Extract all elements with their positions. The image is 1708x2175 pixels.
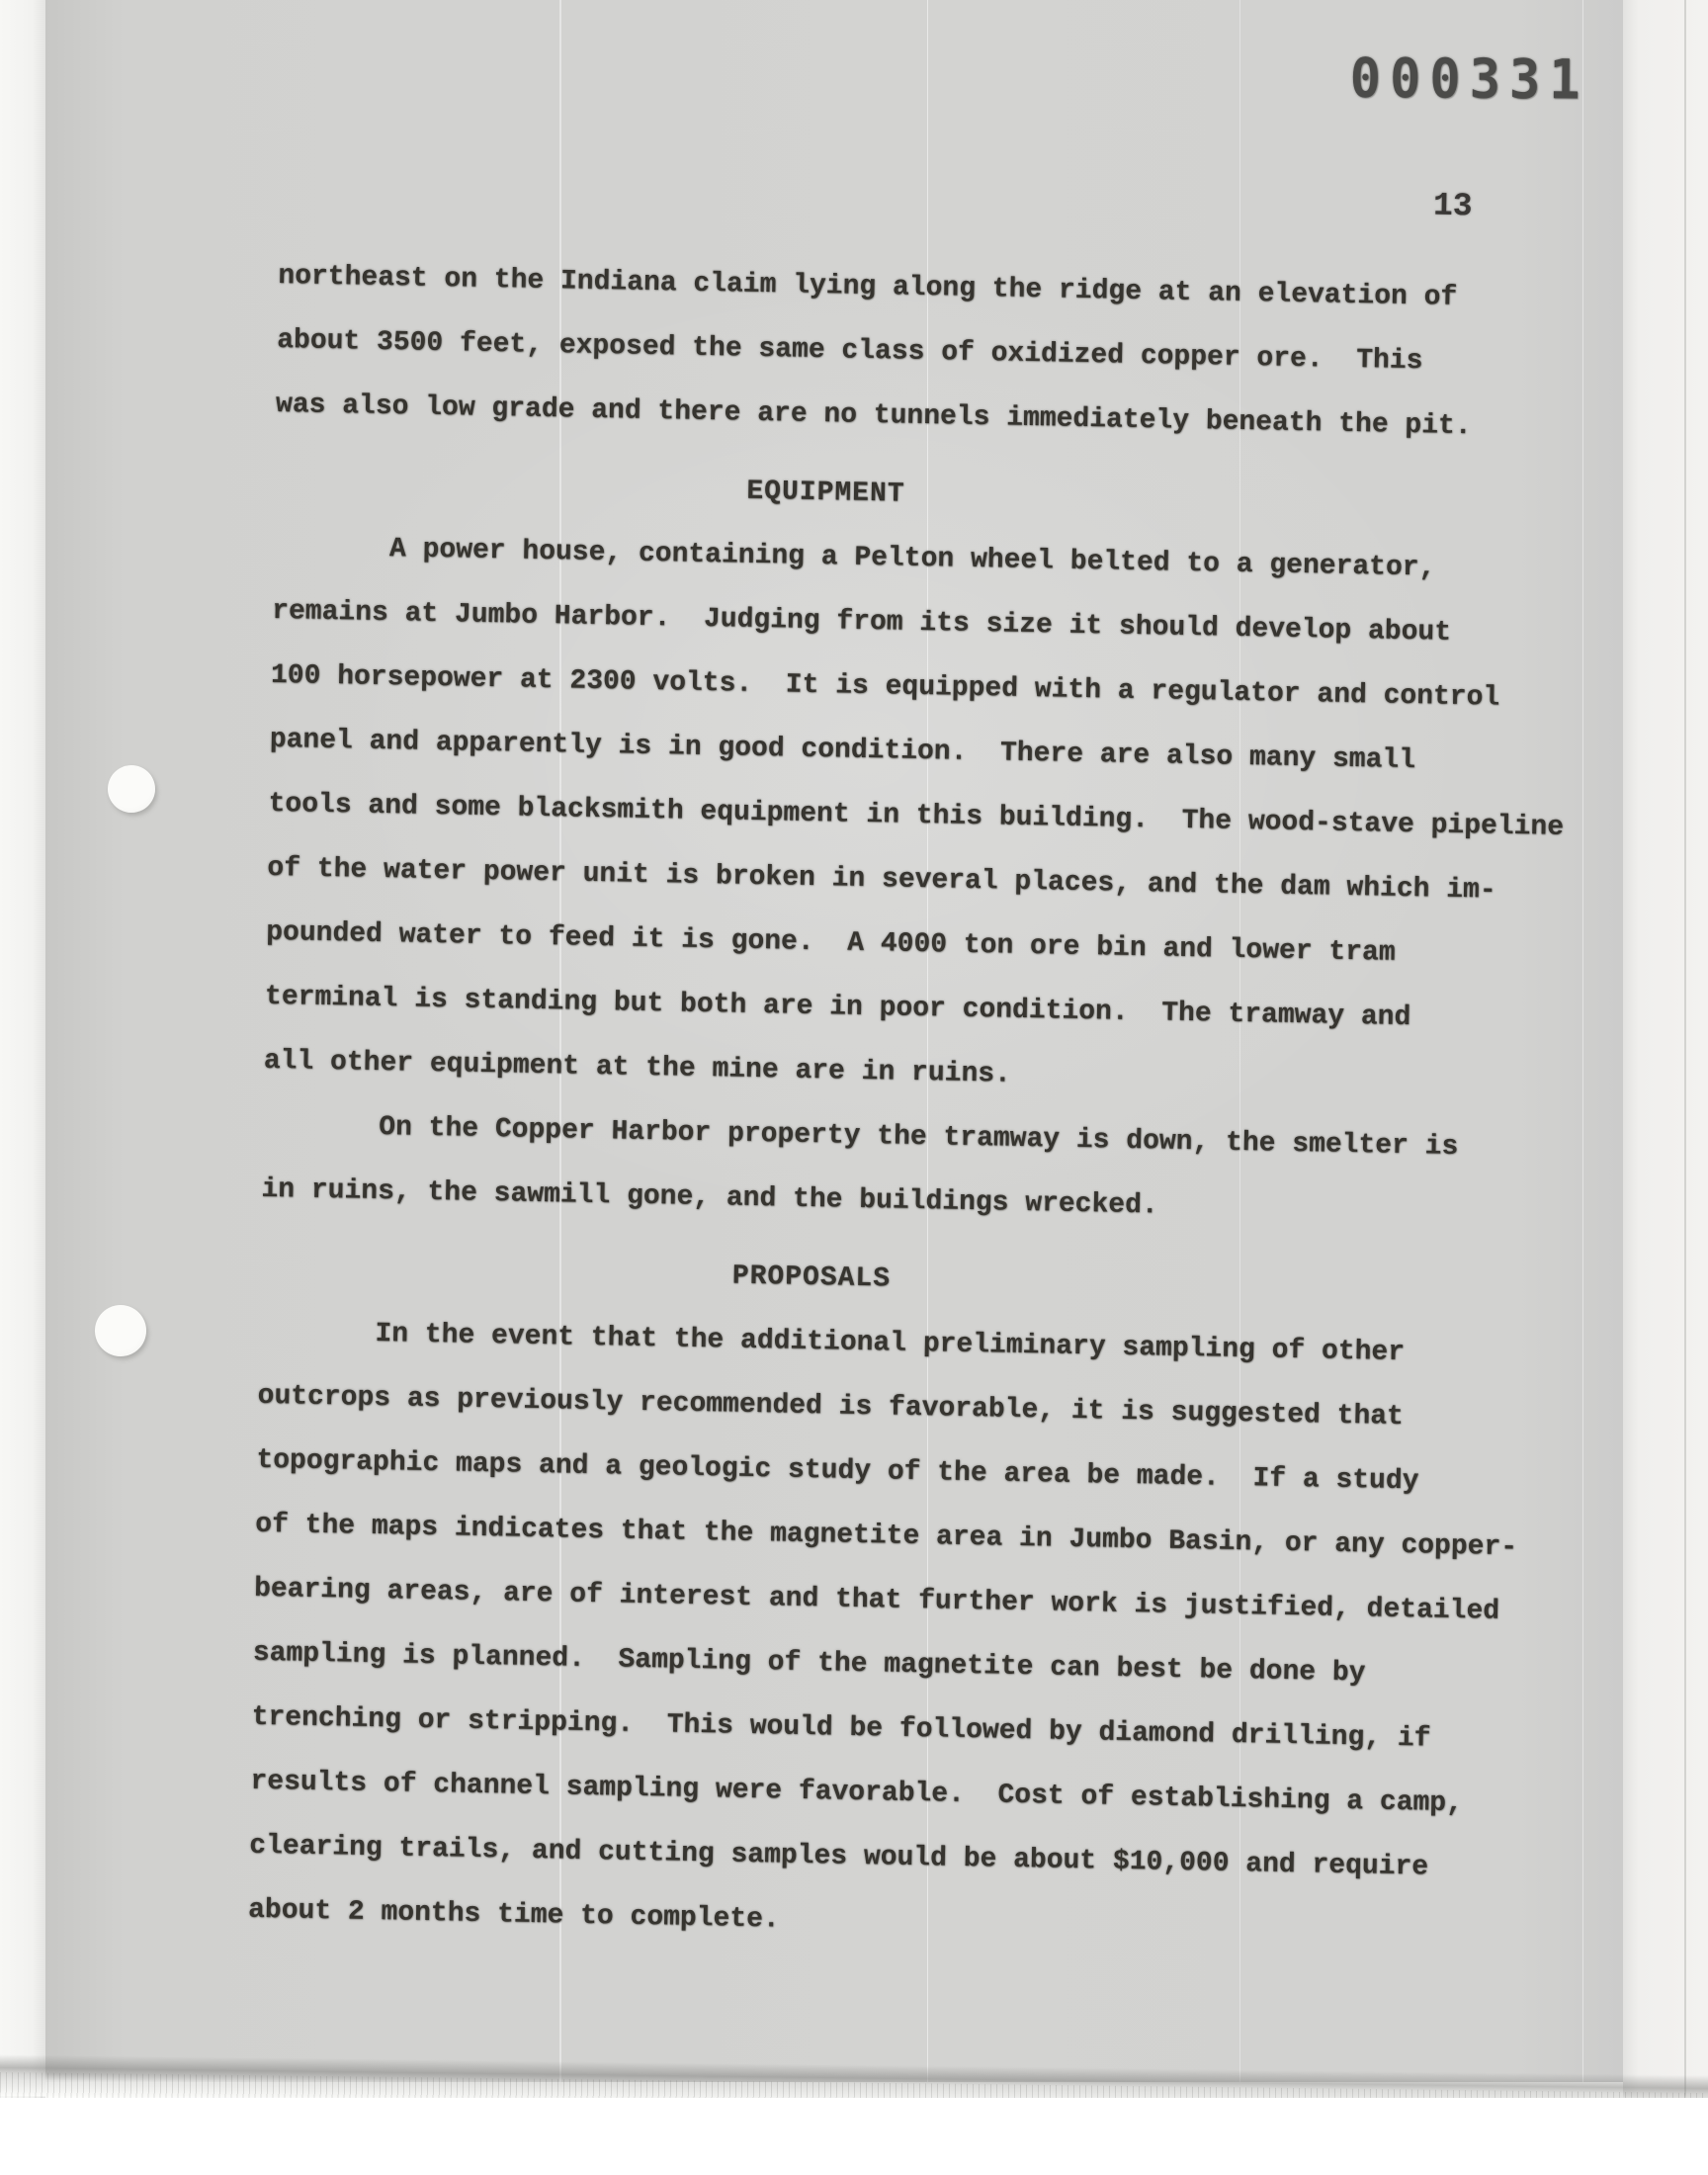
scan-left-margin — [0, 0, 45, 2106]
document-text: northeast on the Indiana claim lying alo… — [248, 244, 1663, 1967]
stamp-number: 000331 — [1350, 47, 1589, 112]
paragraph: A power house, containing a Pelton wheel… — [263, 515, 1657, 1119]
paragraph: In the event that the additional prelimi… — [248, 1300, 1644, 1968]
paragraph: On the Copper Harbor property the tramwa… — [261, 1093, 1647, 1248]
hole-punch-top — [108, 765, 155, 813]
scanned-document: 000331 13 northeast on the Indiana claim… — [0, 0, 1708, 2175]
hole-punch-bottom — [95, 1305, 146, 1356]
page-number: 13 — [1433, 188, 1473, 225]
scan-edge-line — [1684, 0, 1686, 2106]
scan-bottom-margin — [0, 2098, 1708, 2175]
paragraph: northeast on the Indiana claim lying alo… — [275, 244, 1662, 463]
